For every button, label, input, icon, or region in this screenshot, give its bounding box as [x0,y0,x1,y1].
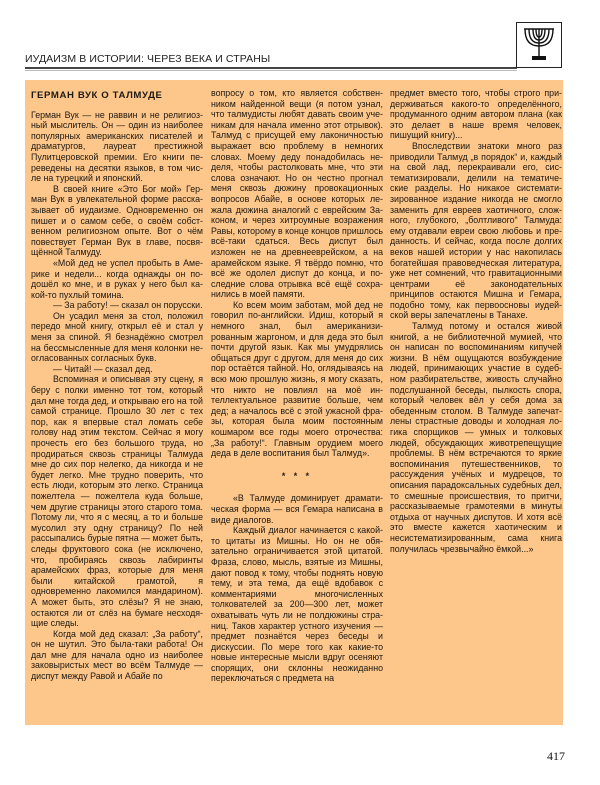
paragraph: — За работу! — сказал он по­русски. [31,300,203,311]
paragraph: «В Талмуде доминирует драмати­ческая фор… [211,493,383,525]
page-number: 417 [547,749,565,764]
header-rule [25,67,517,69]
running-head-title: ИУДАИЗМ В ИСТОРИИ: ЧЕРЕЗ ВЕКА И СТРАНЫ [25,53,525,65]
column-1: ГЕРМАН ВУК О ТАЛМУДЕ Герман Вук — не рав… [31,88,203,682]
column-3: предмет вместо того, чтобы строго при­де… [390,88,562,554]
paragraph: Ко всем моим заботам, мой дед не говорил… [211,300,383,459]
menorah-icon [522,26,556,64]
paragraph: Герман Вук — не раввин и не религиоз­ный… [31,110,203,184]
paragraph: Он усадил меня за стол, положил передо м… [31,311,203,364]
paragraph: В своей книге «Это Бог мой» Гер­ман Вук … [31,184,203,258]
paragraph: «Мой дед не успел пробыть в Аме­рике и н… [31,258,203,300]
paragraph: Каждый диалог начинается с ка­кой-то цит… [211,525,383,684]
paragraph: Впоследствии знатоки много раз приводили… [390,141,562,321]
paragraph: Когда мой дед сказал: „За рабо­ту“, он н… [31,629,203,682]
section-separator: * * * [211,471,383,482]
paragraph: Талмуд потому и остался живой книгой, а … [390,321,562,554]
header-rule-thin [25,70,517,71]
section-emblem [516,22,562,68]
paragraph: предмет вместо того, чтобы строго при­де… [390,88,562,141]
paragraph: Вспоминая и описывая эту сцену, я беру с… [31,374,203,628]
paragraph: — Читай! — сказал дед. [31,364,203,375]
column-2: вопросу о том, кто является собствен­ник… [211,88,383,684]
sidebar-box: ГЕРМАН ВУК О ТАЛМУДЕ Герман Вук — не рав… [25,80,563,725]
paragraph: вопросу о том, кто является собствен­ник… [211,88,383,300]
sidebar-title: ГЕРМАН ВУК О ТАЛМУДЕ [31,91,203,102]
